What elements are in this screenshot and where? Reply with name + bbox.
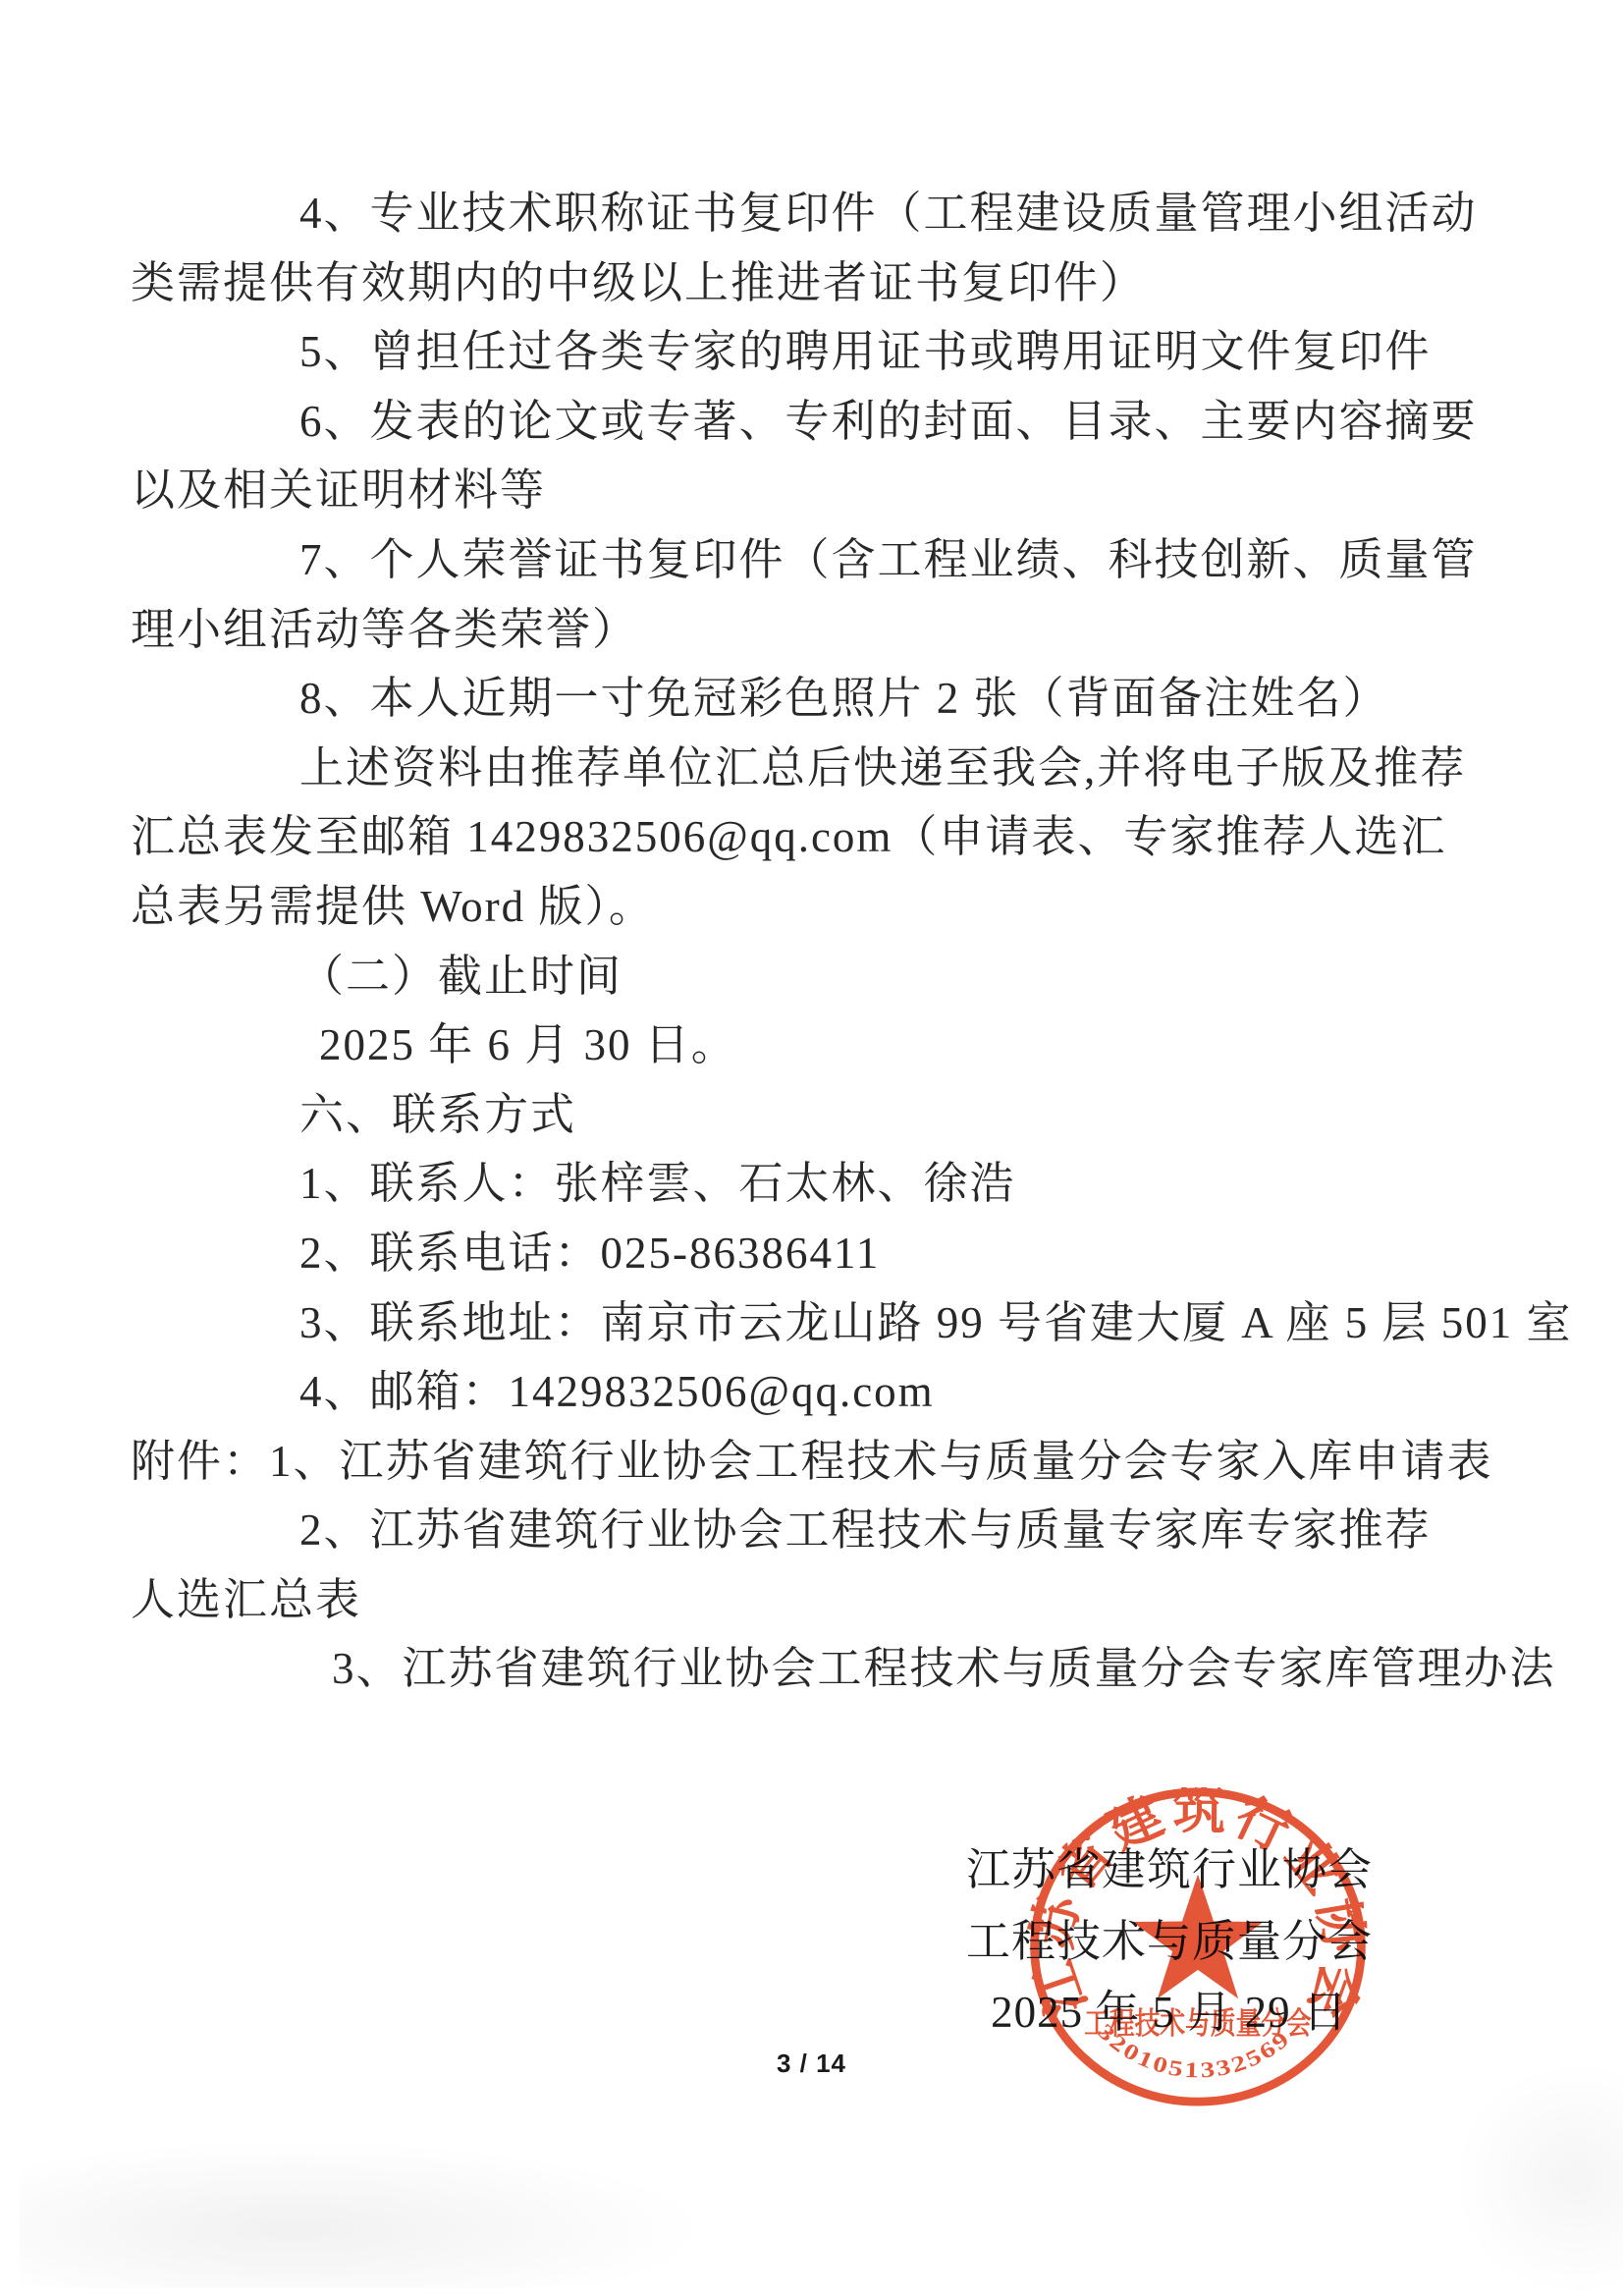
doc-line: 4、邮箱：1429832506@qq.com (131, 1357, 1564, 1427)
doc-line: 5、曾担任过各类专家的聘用证书或聘用证明文件复印件 (131, 317, 1564, 387)
doc-line: 1、联系人：张梓雲、石太林、徐浩 (131, 1149, 1564, 1219)
seal-star-icon (1132, 1875, 1263, 1999)
doc-line: 汇总表发至邮箱 1429832506@qq.com（申请表、专家推荐人选汇 (131, 802, 1564, 872)
scan-smudge (20, 2141, 707, 2288)
doc-line: 2、联系电话：025-86386411 (131, 1219, 1564, 1288)
doc-line: 8、本人近期一寸免冠彩色照片 2 张（背面备注姓名） (131, 664, 1564, 734)
doc-line: 类需提供有效期内的中级以上推进者证书复印件） (131, 248, 1564, 318)
attachments-line: 附件：1、江苏省建筑行业协会工程技术与质量分会专家入库申请表 (131, 1427, 1564, 1497)
attachments-line: 人选汇总表 (131, 1565, 1564, 1635)
document-page: 4、专业技术职称证书复印件（工程建设质量管理小组活动 类需提供有效期内的中级以上… (0, 0, 1623, 2296)
doc-line: 六、联系方式 (131, 1080, 1564, 1150)
doc-line: 7、个人荣誉证书复印件（含工程业绩、科技创新、质量管 (131, 525, 1564, 595)
attachments-line: 2、江苏省建筑行业协会工程技术与质量专家库专家推荐 (131, 1496, 1564, 1565)
doc-line: （二）截止时间 (131, 942, 1564, 1011)
doc-line: 以及相关证明材料等 (131, 456, 1564, 525)
scan-smudge (1453, 2062, 1623, 2296)
doc-line: 6、发表的论文或专著、专利的封面、目录、主要内容摘要 (131, 387, 1564, 457)
attachments-line: 3、江苏省建筑行业协会工程技术与质量分会专家库管理办法 (131, 1634, 1564, 1704)
doc-line: 理小组活动等各类荣誉） (131, 595, 1564, 665)
doc-line: 上述资料由推荐单位汇总后快递至我会,并将电子版及推荐 (131, 734, 1564, 803)
doc-line: 3、联系地址：南京市云龙山路 99 号省建大厦 A 座 5 层 501 室 (131, 1288, 1564, 1358)
doc-line: 总表另需提供 Word 版）。 (131, 872, 1564, 942)
page-number: 3 / 14 (0, 2049, 1623, 2079)
doc-line: 4、专业技术职称证书复印件（工程建设质量管理小组活动 (131, 179, 1564, 248)
body-text: 4、专业技术职称证书复印件（工程建设质量管理小组活动 类需提供有效期内的中级以上… (131, 179, 1564, 1704)
doc-line: 2025 年 6 月 30 日。 (131, 1011, 1564, 1080)
